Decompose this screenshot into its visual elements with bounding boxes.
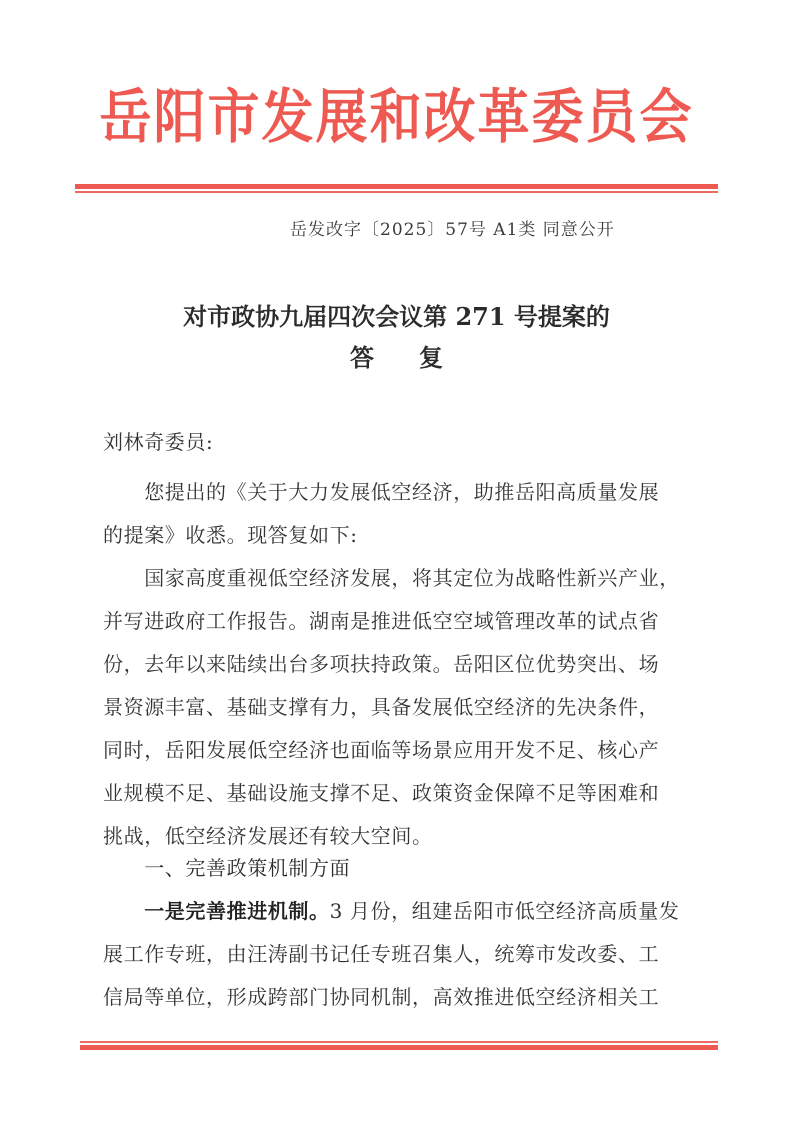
body-line-rest: 3 月份，组建岳阳市低空经济高质量发 <box>330 899 680 923</box>
body-line: 您提出的《关于大力发展低空经济，助推岳阳高质量发展 <box>103 482 713 502</box>
document-number: 岳发改字〔2025〕57号 A1类 同意公开 <box>290 215 615 240</box>
header-rule-thin <box>75 191 718 193</box>
body-line: 一是完善推进机制。3 月份，组建岳阳市低空经济高质量发 <box>103 901 713 921</box>
organization-masthead: 岳阳市发展和改革委员会 <box>0 89 793 147</box>
body-line: 份，去年以来陆续出台多项扶持政策。岳阳区位优势突出、场 <box>103 654 713 674</box>
section-heading: 一、完善政策机制方面 <box>103 858 713 878</box>
body-line: 同时，岳阳发展低空经济也面临等场景应用开发不足、核心产 <box>103 740 713 760</box>
bold-lead: 一是完善推进机制。 <box>103 899 330 923</box>
body-line: 的提案》收悉。现答复如下: <box>103 525 713 545</box>
body-line: 景资源丰富、基础支撑有力，具备发展低空经济的先决条件， <box>103 697 713 717</box>
document-page: 岳阳市发展和改革委员会 岳发改字〔2025〕57号 A1类 同意公开 对市政协九… <box>0 0 793 1122</box>
body-line: 信局等单位，形成跨部门协同机制，高效推进低空经济相关工 <box>103 987 713 1007</box>
document-title: 对市政协九届四次会议第 271 号提案的 <box>0 297 793 332</box>
body-line: 业规模不足、基础设施支撑不足、政策资金保障不足等困难和 <box>103 783 713 803</box>
footer-rule-thin <box>80 1041 718 1043</box>
salutation: 刘林奇委员: <box>103 432 713 452</box>
header-rule-thick <box>75 184 718 189</box>
document-subtitle: 答复 <box>0 338 793 373</box>
footer-rule-thick <box>80 1045 718 1050</box>
body-line: 并写进政府工作报告。湖南是推进低空空域管理改革的试点省 <box>103 611 713 631</box>
body-line: 展工作专班，由汪涛副书记任专班召集人，统筹市发改委、工 <box>103 944 713 964</box>
body-line: 挑战，低空经济发展还有较大空间。 <box>103 826 713 846</box>
body-line: 国家高度重视低空经济发展，将其定位为战略性新兴产业， <box>103 568 713 588</box>
